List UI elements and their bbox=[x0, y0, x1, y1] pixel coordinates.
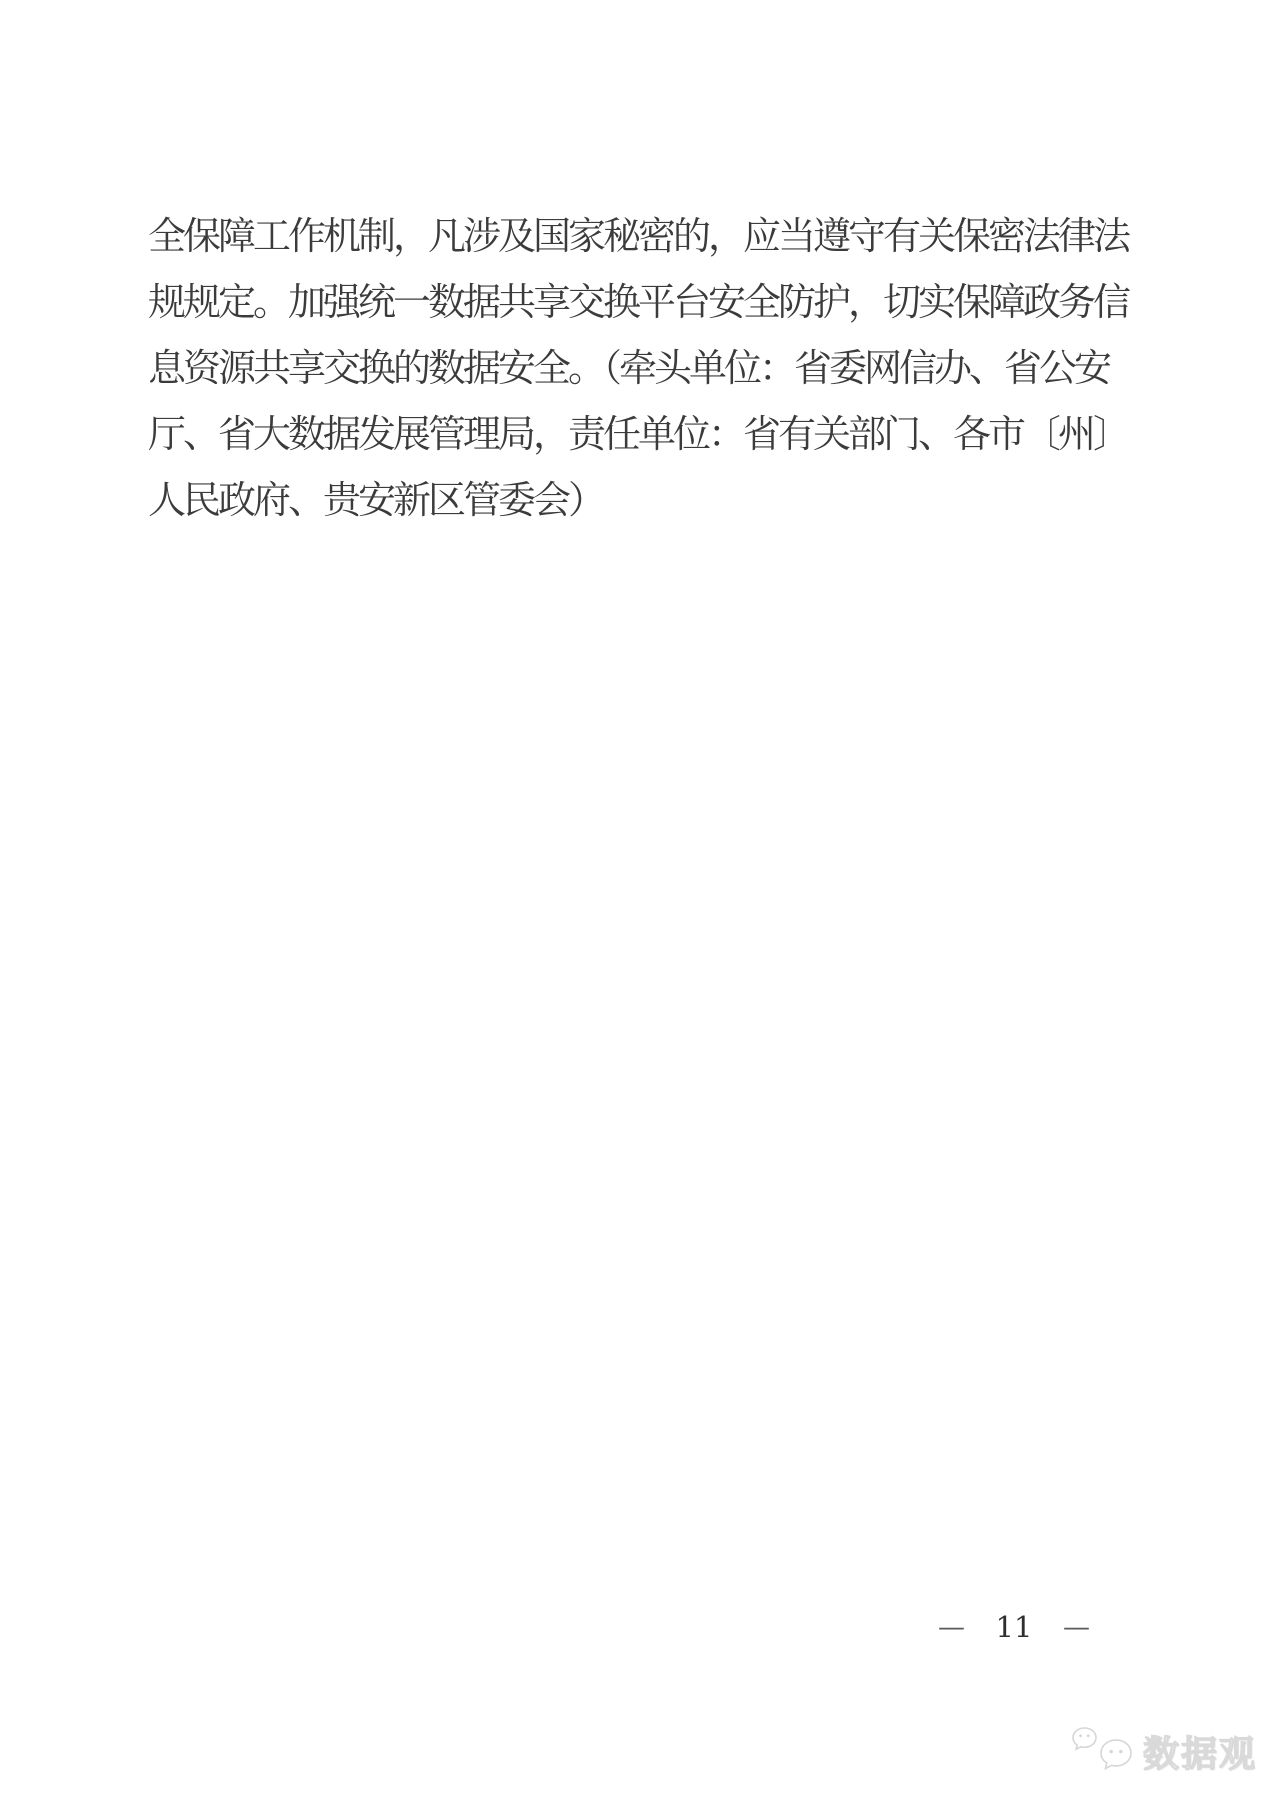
text-line-4: 厅、省大数据发展管理局，责任单位：省有关部门、各市〔州〕 bbox=[148, 401, 1148, 467]
page-number: — 11 — bbox=[938, 1610, 1090, 1644]
document-page: 全保障工作机制，凡涉及国家秘密的，应当遵守有关保密法律法 规规定。加强统一数据共… bbox=[0, 0, 1280, 1809]
page-number-value: 11 bbox=[996, 1610, 1033, 1644]
chat-bubbles-icon bbox=[1072, 1727, 1134, 1777]
text-line-3: 息资源共享交换的数据安全。（牵头单位：省委网信办、省公安 bbox=[148, 335, 1148, 401]
page-number-dash-right: — bbox=[1063, 1612, 1090, 1643]
page-number-dash-left: — bbox=[938, 1612, 965, 1643]
paragraph-body: 全保障工作机制，凡涉及国家秘密的，应当遵守有关保密法律法 规规定。加强统一数据共… bbox=[148, 203, 1148, 533]
watermark-text: 数据观 bbox=[1143, 1726, 1257, 1777]
watermark: 数据观 bbox=[1072, 1726, 1257, 1777]
text-line-5: 人民政府、贵安新区管委会） bbox=[148, 467, 1148, 533]
text-line-2: 规规定。加强统一数据共享交换平台安全防护，切实保障政务信 bbox=[148, 269, 1148, 335]
text-line-1: 全保障工作机制，凡涉及国家秘密的，应当遵守有关保密法律法 bbox=[148, 203, 1148, 269]
